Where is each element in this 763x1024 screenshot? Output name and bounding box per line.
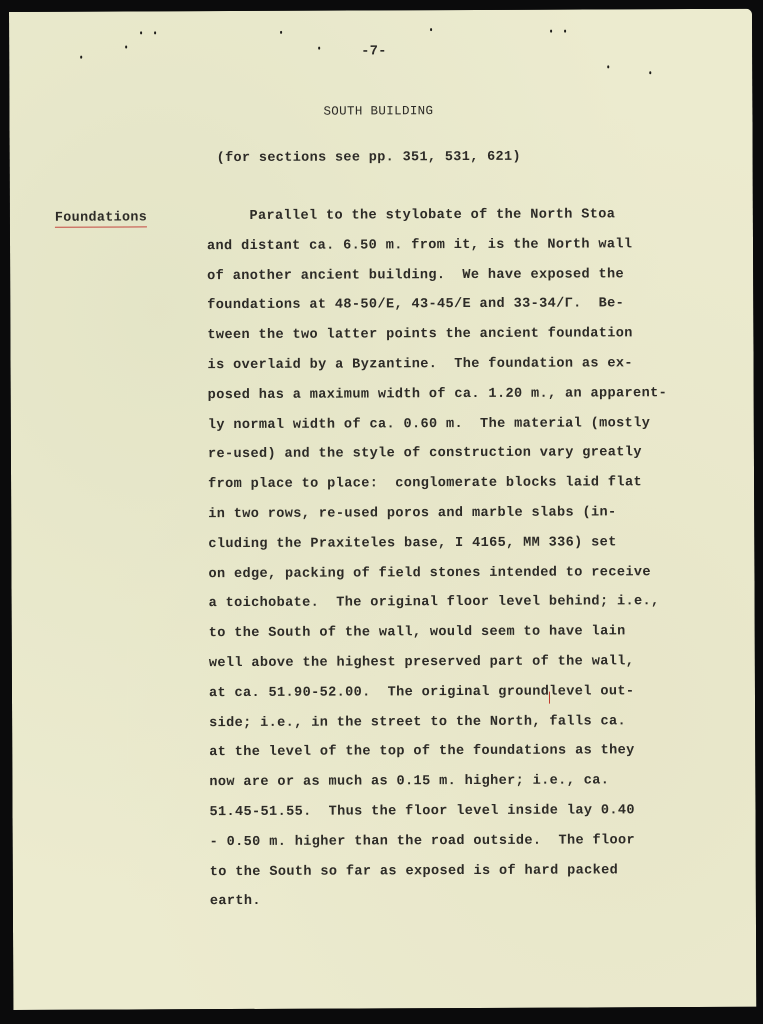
body-line: of another ancient building. We have exp…	[207, 265, 667, 297]
body-line: cluding the Praxiteles base, I 4165, MM …	[208, 533, 668, 565]
paper-speck	[80, 56, 82, 59]
paper-speck	[564, 30, 566, 33]
body-line: and distant ca. 6.50 m. from it, is the …	[207, 235, 667, 267]
body-line: at the level of the top of the foundatio…	[209, 741, 669, 773]
paper-speck	[125, 45, 127, 48]
body-line: Parallel to the stylobate of the North S…	[207, 205, 667, 237]
body-line: on edge, packing of field stones intende…	[208, 563, 668, 595]
paper-speck	[280, 31, 282, 34]
body-line: now are or as much as 0.15 m. higher; i.…	[209, 771, 669, 803]
margin-heading-foundations: Foundations	[55, 210, 147, 227]
body-line: side; i.e., in the street to the North, …	[209, 712, 669, 744]
body-line: from place to place: conglomerate blocks…	[208, 473, 668, 505]
document-page: -7- SOUTH BUILDING (for sections see pp.…	[9, 9, 756, 1010]
page-subtitle: (for sections see pp. 351, 531, 621)	[217, 150, 521, 166]
body-line: in two rows, re-used poros and marble sl…	[208, 503, 668, 535]
body-line: 51.45-51.55. Thus the floor level inside…	[209, 801, 669, 833]
paper-speck	[550, 30, 552, 33]
paper-speck	[607, 65, 609, 68]
page-number: -7-	[361, 44, 387, 59]
body-line: tween the two latter points the ancient …	[207, 324, 667, 356]
body-line: earth.	[210, 890, 670, 922]
body-line: well above the highest preserved part of…	[209, 652, 669, 684]
body-line: foundations at 48-50/E, 43-45/E and 33-3…	[207, 295, 667, 327]
body-line: at ca. 51.90-52.00. The original groundl…	[209, 682, 669, 714]
body-line: is overlaid by a Byzantine. The foundati…	[208, 354, 668, 386]
body-line: to the South of the wall, would seem to …	[209, 622, 669, 654]
paper-speck	[140, 31, 142, 34]
body-line: posed has a maximum width of ca. 1.20 m.…	[208, 384, 668, 416]
body-line: to the South so far as exposed is of har…	[210, 861, 670, 893]
body-line: a toichobate. The original floor level b…	[209, 592, 669, 624]
paper-speck	[649, 71, 651, 74]
body-text: Parallel to the stylobate of the North S…	[207, 205, 670, 922]
paper-speck	[318, 47, 320, 50]
body-line: - 0.50 m. higher than the road outside. …	[210, 831, 670, 863]
paper-speck	[430, 28, 432, 31]
page-title: SOUTH BUILDING	[323, 104, 433, 118]
body-line: re-used) and the style of construction v…	[208, 444, 668, 476]
paper-speck	[154, 31, 156, 34]
body-line: ly normal width of ca. 0.60 m. The mater…	[208, 414, 668, 446]
editorial-mark	[549, 692, 550, 704]
